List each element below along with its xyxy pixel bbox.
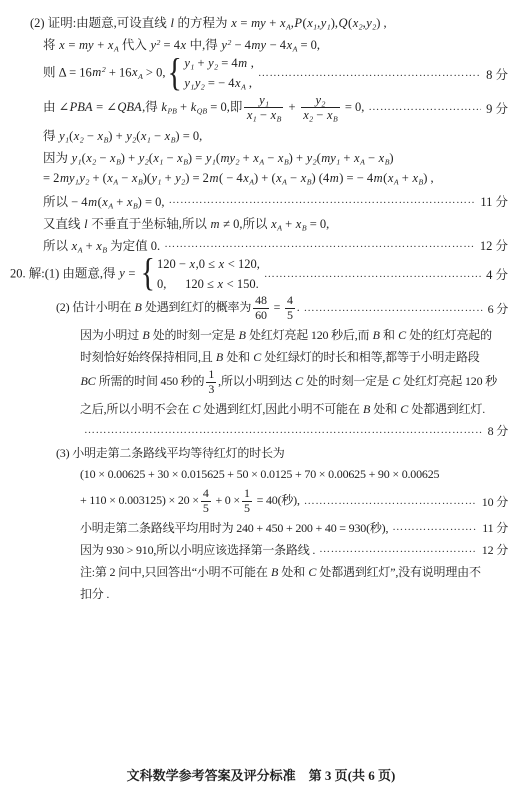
text-run: ( − 4 — [219, 171, 243, 185]
text-line: = 2my1y2 + (xA − xB)(y1 + y2) = 2m( − 4x… — [0, 169, 508, 189]
math-fraction: 45 — [285, 294, 295, 323]
text-run: 120 − — [157, 257, 189, 271]
math-fraction: y2x2 − xB — [301, 93, 340, 123]
text-line: 时刻恰好始终保持相同,且 B 处和 C 处红绿灯的时长和相等,都等于小明走路段 — [0, 346, 508, 366]
text-run: ) , — [376, 16, 386, 30]
text-run: ) + ( — [254, 171, 276, 185]
line-content: 将 x = my + xA 代入 y2 = 4x 中,得 y2 − 4my − … — [43, 35, 320, 53]
text-run: = 0, — [297, 38, 320, 52]
text-run: 20. 解:(1) 由题意,得 — [10, 266, 119, 280]
text-run: = 0,即 — [207, 100, 242, 114]
math-fraction: 45 — [201, 487, 211, 516]
text-run: − 4 — [231, 38, 251, 52]
text-run: = 0, — [342, 100, 365, 114]
text-line: (2) 估计小明在 B 处遇到红灯的概率为4860 = 45.………………………… — [0, 294, 508, 323]
line-content: 所以 xA + xB 为定值 0. — [43, 236, 160, 254]
text-run: 扣分 . — [80, 587, 109, 601]
fraction-numerator: 48 — [253, 294, 269, 308]
text-run: 处和 — [371, 402, 400, 416]
text-run: ) = 0, — [175, 129, 202, 143]
cases-rows: y1 + y2 = 4m ,y1y2 = − 4xA , — [184, 56, 254, 91]
math-subscript: B — [333, 115, 338, 123]
text-run: − — [84, 129, 97, 143]
text-run: ) + — [289, 151, 306, 165]
line-content: = 2my1y2 + (xA − xB)(y1 + y2) = 2m( − 4x… — [43, 171, 434, 186]
text-line: + 110 × 0.003125) × 20 ×45 + 0 ×15 = 40(… — [0, 487, 508, 516]
text-run: , — [246, 76, 252, 90]
text-run: 由 ∠ — [43, 100, 69, 114]
text-run: 处和 — [224, 350, 253, 364]
fraction-denominator: 5 — [201, 501, 211, 516]
text-run: + — [239, 151, 252, 165]
math-variable: C — [400, 402, 409, 416]
math-variable: BC — [80, 374, 96, 388]
text-run: 所需的时间 450 秒的 — [96, 374, 204, 388]
text-run: 处的红灯亮起的 — [406, 328, 491, 342]
text-run: + — [161, 171, 174, 185]
cases-row: y1 + y2 = 4m , — [184, 56, 254, 71]
text-run: 为定值 0. — [107, 239, 160, 253]
text-run: 处红绿灯的时长和相等,都等于小明走路段 — [262, 350, 480, 364]
text-line: 扣分 . — [0, 584, 508, 604]
cases-group: {y1 + y2 = 4m ,y1y2 = − 4xA , — [165, 56, 253, 91]
text-run: + — [194, 56, 207, 70]
line-content: 注:第 2 问中,只回答出“小明不可能在 B 处和 C 处都遇到红灯”,没有说明… — [80, 563, 481, 580]
text-run: 因为小明过 — [80, 328, 142, 342]
text-run: ) + — [108, 129, 125, 143]
cases-row: 120 − x,0 ≤ x < 120, — [157, 257, 260, 272]
answer-sheet-page: (2) 证明:由题意,可设直线 l 的方程为 x = my + xA,P(x1,… — [0, 0, 522, 796]
math-variable: Q — [338, 16, 348, 30]
dot-leader: …………………………………………………………………………………………………………… — [368, 102, 481, 113]
fraction-denominator: 5 — [242, 501, 252, 516]
math-variable: QBA — [117, 100, 142, 114]
text-line: 所以 − 4m(xA + xB) = 0,…………………………………………………… — [0, 191, 508, 211]
line-content: (3) 小明走第二条路线平均等待红灯的时长为 — [56, 444, 285, 461]
text-run: + — [177, 100, 190, 114]
math-variable: m — [329, 171, 339, 185]
text-run: 60 — [255, 308, 267, 322]
text-run: ≠ 0,所以 — [220, 217, 271, 231]
text-run: 5 — [287, 308, 293, 322]
text-run: ) , — [423, 171, 433, 185]
text-run: < 120, — [225, 257, 260, 271]
text-line: …………………………………………………………………………………………………………… — [0, 421, 508, 441]
line-content: (2) 估计小明在 B 处遇到红灯的概率为4860 = 45. — [56, 294, 300, 323]
dot-leader: …………………………………………………………………………………………………………… — [258, 68, 481, 79]
text-run: ,得 — [142, 100, 161, 114]
text-run: − 4 — [267, 38, 287, 52]
math-variable: my — [59, 171, 75, 185]
score-label: 11 分 — [480, 192, 508, 210]
fraction-denominator: 60 — [253, 308, 269, 323]
text-run: + — [82, 239, 95, 253]
dot-leader: …………………………………………………………………………………………………………… — [264, 269, 481, 280]
text-run: ,所以小明到达 — [218, 374, 294, 388]
text-run: = − 4 — [205, 76, 235, 90]
text-run: ) — [389, 151, 393, 165]
text-run: ,0 ≤ — [196, 257, 219, 271]
text-run: − — [365, 151, 378, 165]
document-body: (2) 证明:由题意,可设直线 l 的方程为 x = my + xA,P(x1,… — [0, 0, 508, 604]
fraction-denominator: 5 — [285, 308, 295, 323]
math-variable: my — [321, 151, 337, 165]
text-run: ) = — [188, 151, 205, 165]
score-label: 4 分 — [486, 265, 508, 283]
text-run: 中,得 — [187, 38, 221, 52]
text-run: 48 — [255, 294, 267, 307]
math-fraction: y1x1 − xB — [244, 93, 283, 123]
text-line: 又直线 l 不垂直于坐标轴,所以 m ≠ 0,所以 xA + xB = 0, — [0, 213, 508, 233]
text-run: 则 Δ = 16 — [43, 65, 92, 79]
math-subscript: B — [277, 115, 282, 123]
line-content: 时刻恰好始终保持相同,且 B 处和 C 处红绿灯的时长和相等,都等于小明走路段 — [80, 348, 480, 365]
math-variable: my — [220, 151, 236, 165]
fraction-denominator: 3 — [206, 382, 216, 397]
math-variable: my — [251, 16, 267, 30]
math-subscript: QB — [197, 106, 207, 115]
score-label: 12 分 — [482, 541, 508, 558]
text-run: ) (4 — [312, 171, 330, 185]
text-run: − — [96, 151, 109, 165]
math-variable: m — [373, 171, 383, 185]
fraction-numerator: 1 — [206, 368, 216, 382]
math-variable: m — [209, 171, 219, 185]
math-variable: m — [88, 195, 98, 209]
text-run: 所以 − 4 — [43, 195, 88, 209]
math-variable: m — [238, 56, 248, 70]
text-run: 处和 — [279, 565, 308, 579]
text-run: . — [297, 300, 300, 314]
text-run: 因为 930 > 910,所以小明应该选择第一条路线 . — [80, 543, 315, 557]
text-run: 得 — [43, 129, 59, 143]
text-run: + — [94, 38, 107, 52]
math-variable: B — [362, 402, 370, 416]
text-run: = — [237, 16, 250, 30]
text-run: 1 — [244, 487, 250, 500]
text-run: − — [313, 108, 326, 122]
math-variable: PBA — [69, 100, 93, 114]
math-variable: C — [192, 402, 201, 416]
text-run: = — [125, 266, 138, 280]
text-run: 处红灯亮起 120 秒 — [400, 374, 497, 388]
line-content: 因为 930 > 910,所以小明应该选择第一条路线 . — [80, 541, 315, 558]
page-footer: 文科数学参考答案及评分标准 第 3 页(共 6 页) — [0, 765, 522, 784]
text-run: 处红灯亮起 120 秒后,而 — [246, 328, 372, 342]
text-run: 注:第 2 问中,只回答出“小明不可能在 — [80, 565, 270, 579]
text-line: (3) 小明走第二条路线平均等待红灯的时长为 — [0, 443, 508, 463]
line-content: BC 所需的时间 450 秒的13,所以小明到达 C 处的时刻一定是 C 处红灯… — [80, 368, 497, 397]
text-line: 得 y1(x2 − xB) + y2(x1 − xB) = 0, — [0, 125, 508, 145]
math-variable: B — [142, 328, 150, 342]
text-line: 将 x = my + xA 代入 y2 = 4x 中,得 y2 − 4my − … — [0, 34, 508, 54]
line-content: + 110 × 0.003125) × 20 ×45 + 0 ×15 = 40(… — [80, 487, 300, 516]
fraction-numerator: 1 — [242, 487, 252, 501]
text-run: 4 — [287, 294, 293, 307]
text-run: − — [264, 151, 277, 165]
score-label: 12 分 — [480, 236, 508, 254]
score-label: 8 分 — [488, 422, 508, 439]
text-run: ) = − 4 — [339, 171, 373, 185]
left-brace-icon: { — [167, 56, 181, 91]
dot-leader: …………………………………………………………………………………………………………… — [169, 195, 476, 206]
text-run: 又直线 — [43, 217, 84, 231]
dot-leader: …………………………………………………………………………………………………………… — [304, 496, 477, 507]
line-content: 则 Δ = 16m2 + 16xA > 0,{y1 + y2 = 4m ,y1y… — [43, 56, 254, 91]
text-run: > 0, — [143, 65, 166, 79]
math-variable: m — [92, 65, 102, 79]
text-run: ) + — [121, 151, 138, 165]
text-run: + 0 × — [213, 493, 240, 507]
score-label: 8 分 — [486, 65, 508, 83]
text-run: = ∠ — [93, 100, 117, 114]
dot-leader: …………………………………………………………………………………………………………… — [84, 425, 483, 436]
math-variable: my — [79, 38, 95, 52]
fraction-numerator: 4 — [201, 487, 211, 501]
dot-leader: …………………………………………………………………………………………………………… — [164, 239, 475, 250]
text-run: 4 — [203, 487, 209, 500]
math-fraction: 13 — [206, 368, 216, 397]
cases-row: y1y2 = − 4xA , — [184, 76, 254, 91]
math-variable: B — [270, 565, 278, 579]
text-line: 由 ∠PBA = ∠QBA,得 kPB + kQB = 0,即y1x1 − xB… — [0, 93, 508, 123]
text-run: 和 — [380, 328, 397, 342]
text-run: 3 — [208, 382, 214, 396]
text-line: 小明走第二条路线平均用时为 240 + 450 + 200 + 40 = 930… — [0, 518, 508, 538]
text-run: = 4 — [160, 38, 180, 52]
text-run: 所以 — [43, 239, 71, 253]
math-fraction: 4860 — [253, 294, 269, 323]
text-run: (10 × 0.00625 + 30 × 0.015625 + 50 × 0.0… — [80, 467, 439, 481]
fraction-denominator: x1 − xB — [244, 107, 283, 122]
line-content: 因为小明过 B 处的时刻一定是 B 处红灯亮起 120 秒后,而 B 和 C 处… — [80, 326, 492, 343]
text-run: = 0, — [307, 217, 330, 231]
text-run: = 40(秒), — [254, 493, 300, 507]
text-line: (2) 证明:由题意,可设直线 l 的方程为 x = my + xA,P(x1,… — [0, 12, 508, 32]
text-line: 注:第 2 问中,只回答出“小明不可能在 B 处和 C 处都遇到红灯”,没有说明… — [0, 562, 508, 582]
text-run: + 16 — [106, 65, 132, 79]
fraction-numerator: y1 — [257, 93, 271, 107]
line-content: 得 y1(x2 − xB) + y2(x1 − xB) = 0, — [43, 126, 202, 144]
math-variable: C — [253, 350, 262, 364]
text-run: 0, 120 ≤ — [157, 277, 217, 291]
text-run: ), — [331, 16, 338, 30]
text-run: 代入 — [119, 38, 150, 52]
text-run: , — [248, 56, 254, 70]
text-line: 因为 y1(x2 − xB) + y2(x1 − xB) = y1(my2 + … — [0, 147, 508, 167]
math-variable: B — [215, 350, 223, 364]
text-run: + — [113, 195, 126, 209]
text-run: )( — [143, 171, 151, 185]
fraction-numerator: 4 — [285, 294, 295, 308]
text-line: (10 × 0.00625 + 30 × 0.015625 + 50 × 0.0… — [0, 465, 508, 485]
text-run: ) = 2 — [185, 171, 209, 185]
text-run: = — [65, 38, 78, 52]
text-run: 处的时刻一定是 — [303, 374, 391, 388]
math-variable: P — [294, 16, 303, 30]
score-label: 11 分 — [482, 519, 508, 536]
text-run: 1 — [208, 368, 214, 381]
text-run: (2) 估计小明在 — [56, 300, 134, 314]
fraction-denominator: x2 − xB — [301, 107, 340, 122]
text-run: 5 — [244, 501, 250, 515]
text-line: 则 Δ = 16m2 + 16xA > 0,{y1 + y2 = 4m ,y1y… — [0, 56, 508, 91]
text-run: = 4 — [218, 56, 238, 70]
text-run: + — [340, 151, 353, 165]
score-label: 10 分 — [482, 493, 508, 510]
line-content: (2) 证明:由题意,可设直线 l 的方程为 x = my + xA,P(x1,… — [30, 13, 387, 31]
text-run: 因为 — [43, 151, 71, 165]
line-content: 扣分 . — [80, 585, 109, 602]
text-run: + 110 × 0.003125) × 20 × — [80, 493, 199, 507]
dot-leader: …………………………………………………………………………………………………………… — [319, 544, 477, 555]
math-fraction: 15 — [242, 487, 252, 516]
line-content: 又直线 l 不垂直于坐标轴,所以 m ≠ 0,所以 xA + xB = 0, — [43, 214, 329, 232]
text-run: < 150. — [224, 277, 259, 291]
line-content: 所以 − 4m(xA + xB) = 0, — [43, 192, 165, 210]
math-variable: B — [134, 300, 142, 314]
math-variable: my — [251, 38, 267, 52]
text-run: + — [282, 217, 295, 231]
text-line: 之后,所以小明不会在 C 处遇到红灯,因此小明不可能在 B 处和 C 处都遇到红… — [0, 399, 508, 419]
text-run: 的方程为 — [174, 16, 230, 30]
line-content: (10 × 0.00625 + 30 × 0.015625 + 50 × 0.0… — [80, 467, 439, 482]
text-line: 所以 xA + xB 为定值 0.……………………………………………………………… — [0, 235, 508, 255]
line-content: 20. 解:(1) 由题意,得 y = {120 − x,0 ≤ x < 120… — [10, 257, 260, 292]
cases-rows: 120 − x,0 ≤ x < 120,0, 120 ≤ x < 150. — [157, 257, 260, 292]
text-run: 处都遇到红灯”,没有说明理由不 — [317, 565, 481, 579]
line-content: 小明走第二条路线平均用时为 240 + 450 + 200 + 40 = 930… — [80, 519, 388, 536]
dot-leader: …………………………………………………………………………………………………………… — [304, 303, 483, 314]
text-run: + ( — [89, 171, 106, 185]
text-run: + — [399, 171, 412, 185]
fraction-numerator: y2 — [313, 93, 327, 107]
text-run: + — [266, 16, 279, 30]
text-run: (3) 小明走第二条路线平均等待红灯的时长为 — [56, 446, 285, 460]
text-run: 处的时刻一定是 — [150, 328, 238, 342]
text-run: − — [257, 108, 270, 122]
text-run: 处都遇到红灯. — [409, 402, 485, 416]
text-run: − — [151, 129, 164, 143]
text-run: 时刻恰好始终保持相同,且 — [80, 350, 215, 364]
text-run: 5 — [203, 501, 209, 515]
text-run: = 2 — [43, 171, 59, 185]
cases-row: 0, 120 ≤ x < 150. — [157, 277, 260, 292]
math-variable: C — [308, 565, 317, 579]
text-run: − — [118, 171, 131, 185]
text-line: 因为小明过 B 处的时刻一定是 B 处红灯亮起 120 秒后,而 B 和 C 处… — [0, 324, 508, 344]
dot-leader: …………………………………………………………………………………………………………… — [392, 522, 477, 533]
math-subscript: PB — [167, 106, 176, 115]
left-brace-icon: { — [141, 257, 155, 292]
text-line: 因为 930 > 910,所以小明应该选择第一条路线 .………………………………… — [0, 540, 508, 560]
text-run: (2) 证明:由题意,可设直线 — [30, 16, 170, 30]
text-run: 将 — [43, 38, 59, 52]
text-run: − — [163, 151, 176, 165]
text-run: 处遇到红灯,因此小明不可能在 — [201, 402, 363, 416]
text-run: 处遇到红灯的概率为 — [142, 300, 251, 314]
text-run: − — [287, 171, 300, 185]
line-content: 因为 y1(x2 − xB) + y2(x1 − xB) = y1(my2 + … — [43, 148, 394, 166]
text-run: 之后,所以小明不会在 — [80, 402, 192, 416]
text-line: BC 所需的时间 450 秒的13,所以小明到达 C 处的时刻一定是 C 处红灯… — [0, 368, 508, 397]
cases-group: {120 − x,0 ≤ x < 120,0, 120 ≤ x < 150. — [139, 257, 260, 292]
line-content: 之后,所以小明不会在 C 处遇到红灯,因此小明不可能在 B 处和 C 处都遇到红… — [80, 400, 485, 417]
text-run: = — [271, 300, 283, 314]
text-line: 20. 解:(1) 由题意,得 y = {120 − x,0 ≤ x < 120… — [0, 257, 508, 292]
text-run: ) = 0, — [138, 195, 165, 209]
text-run: 小明走第二条路线平均用时为 240 + 450 + 200 + 40 = 930… — [80, 521, 388, 535]
text-run: 不垂直于坐标轴,所以 — [88, 217, 210, 231]
math-variable: m — [210, 217, 220, 231]
line-content: 由 ∠PBA = ∠QBA,得 kPB + kQB = 0,即y1x1 − xB… — [43, 93, 364, 123]
score-label: 6 分 — [488, 300, 508, 317]
score-label: 9 分 — [486, 99, 508, 117]
footer-text: 文科数学参考答案及评分标准 第 3 页(共 6 页) — [127, 768, 396, 783]
text-run: + — [285, 100, 298, 114]
